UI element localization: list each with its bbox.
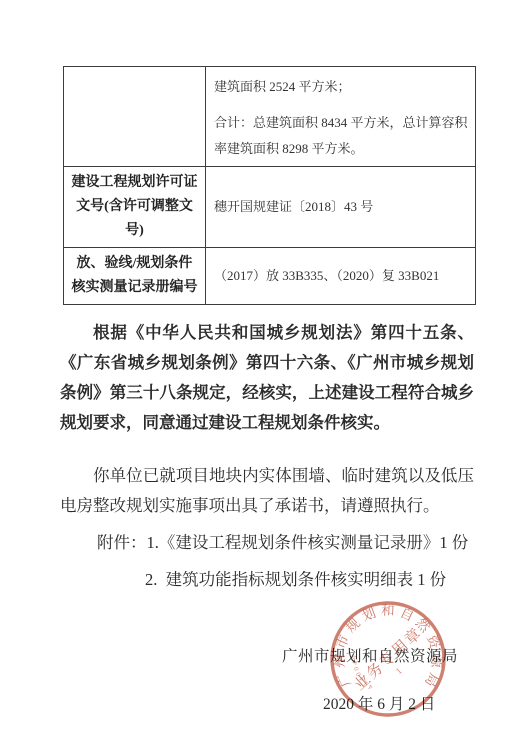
signature-date: 2020 年 6 月 2 日 xyxy=(323,694,435,716)
table-row-survey-record-number: 放、验线/规划条件核实测量记录册编号 （2017）放 33B335、（2020）… xyxy=(64,248,476,305)
signature-agency-name: 广州市规划和自然资源局 xyxy=(282,646,458,668)
legal-basis-paragraph: 根据《中华人民共和国城乡规划法》第四十五条、《广东省城乡规划条例》第四十六条、《… xyxy=(60,318,474,438)
cell-paragraph: （2017）放 33B335、（2020）复 33B021 xyxy=(214,263,471,289)
cell-paragraph: 穗开国规建证〔2018〕43 号 xyxy=(214,194,471,220)
attachment-line-2: 2. 建筑功能指标规划条件核实明细表 1 份 xyxy=(145,565,446,595)
row-value-cell: 穗开国规建证〔2018〕43 号 xyxy=(206,167,476,248)
row-value-cell: 建筑面积 2524 平方米； 合计：总建筑面积 8434 平方米，总计算容积率建… xyxy=(206,67,476,167)
table-row-permit-number: 建设工程规划许可证文号(含许可调整文号) 穗开国规建证〔2018〕43 号 xyxy=(64,167,476,248)
cell-paragraph: 建筑面积 2524 平方米； xyxy=(214,74,471,100)
commitment-notice-paragraph: 你单位已就项目地块内实体围墙、临时建筑以及低压电房整改规划实施事项出具了承诺书，… xyxy=(60,461,474,521)
attachment-line-1: 附件：1.《建设工程规划条件核实测量记录册》1 份 xyxy=(97,528,468,558)
row-header-cell xyxy=(64,67,206,167)
row-header-cell: 放、验线/规划条件核实测量记录册编号 xyxy=(64,248,206,305)
document-page: 建筑面积 2524 平方米； 合计：总建筑面积 8434 平方米，总计算容积率建… xyxy=(0,0,530,746)
cell-paragraph: 合计：总建筑面积 8434 平方米，总计算容积率建筑面积 8298 平方米。 xyxy=(214,110,471,162)
row-header-cell: 建设工程规划许可证文号(含许可调整文号) xyxy=(64,167,206,248)
info-table: 建筑面积 2524 平方米； 合计：总建筑面积 8434 平方米，总计算容积率建… xyxy=(63,66,476,305)
table-row-areas: 建筑面积 2524 平方米； 合计：总建筑面积 8434 平方米，总计算容积率建… xyxy=(64,67,476,167)
row-value-cell: （2017）放 33B335、（2020）复 33B021 xyxy=(206,248,476,305)
